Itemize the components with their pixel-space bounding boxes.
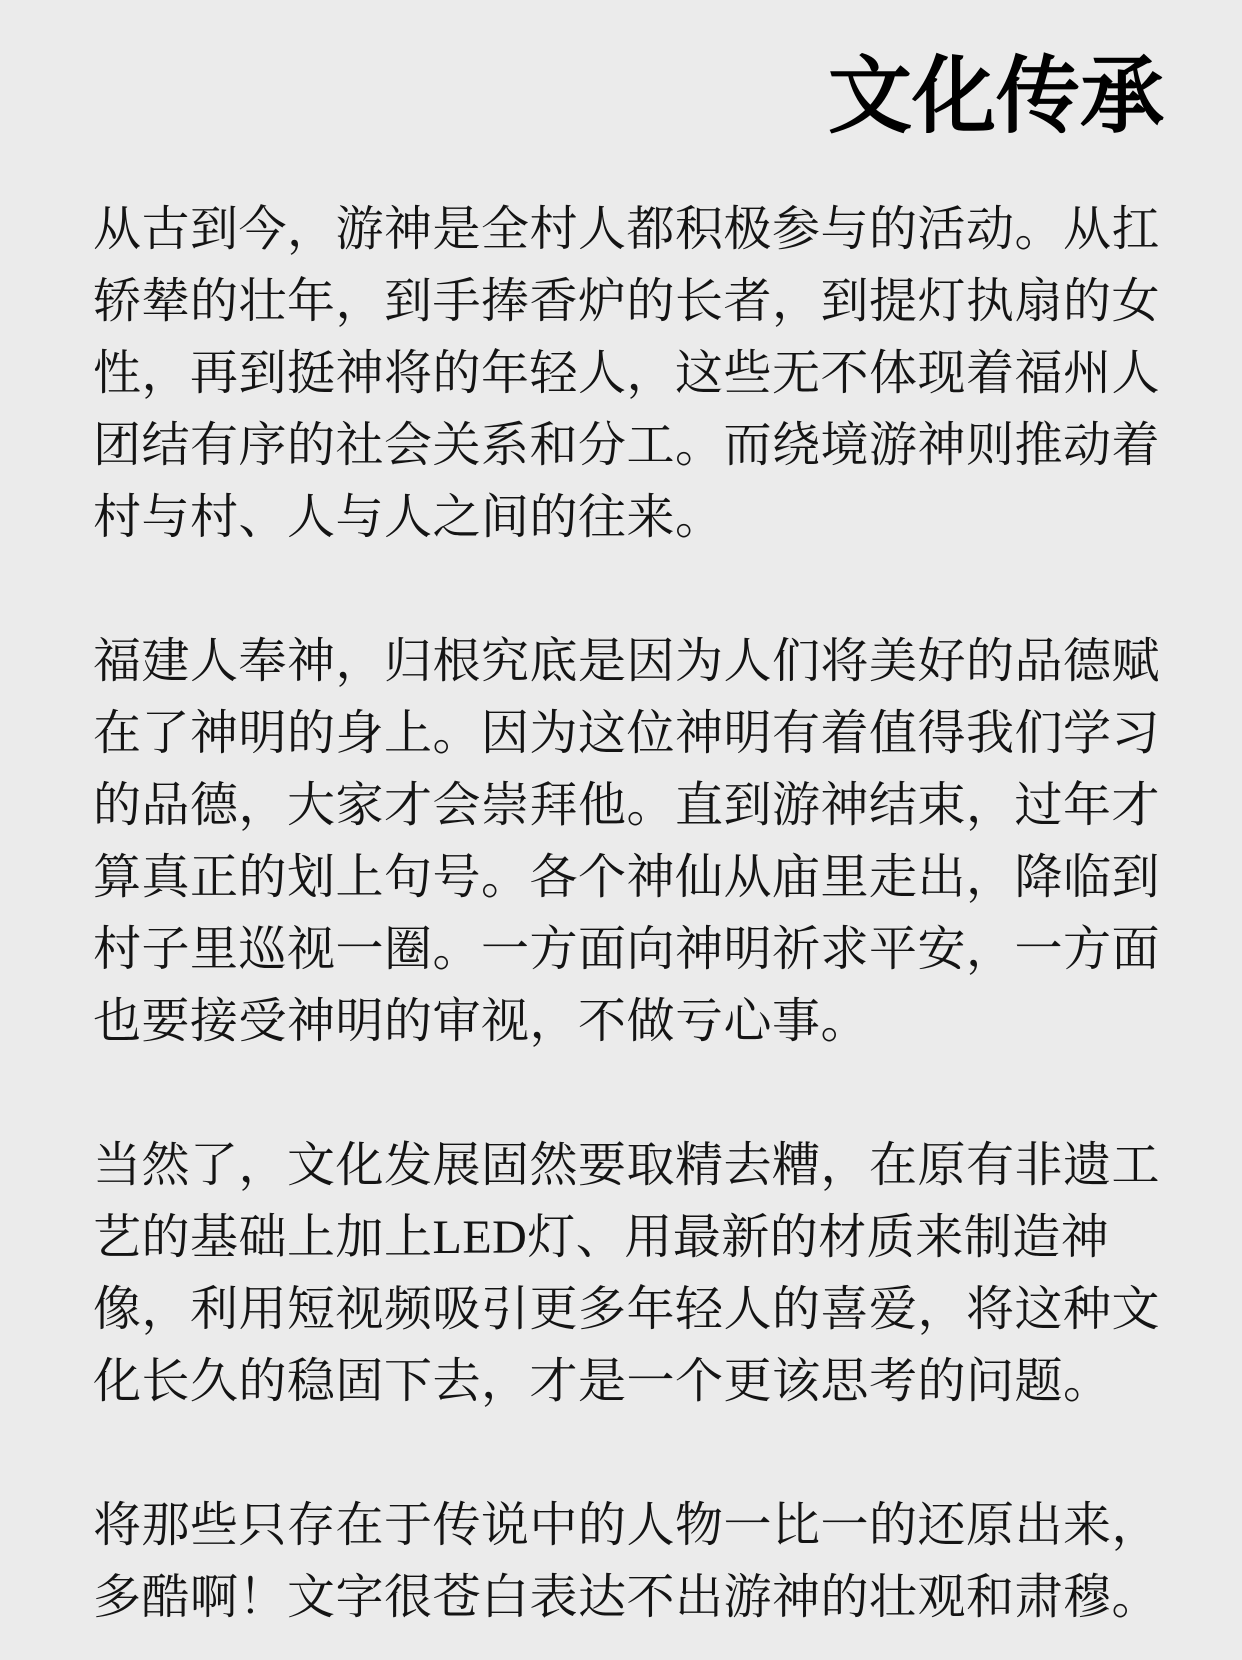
paragraph-line: 轿辇的壮年，到手捧香炉的长者，到提灯执扇的女 [93, 266, 1164, 338]
paragraph-2: 福建人奉神，归根究底是因为人们将美好的品德赋 在了神明的身上。因为这位神明有着值… [93, 626, 1164, 1058]
article-page: 文化传承 从古到今，游神是全村人都积极参与的活动。从扛 轿辇的壮年，到手捧香炉的… [0, 0, 1242, 1660]
paragraph-line: 艺的基础上加上LED灯、用最新的材质来制造神 [93, 1202, 1164, 1274]
paragraph-line: 将那些只存在于传说中的人物一比一的还原出来， [93, 1490, 1164, 1562]
paragraph-1: 从古到今，游神是全村人都积极参与的活动。从扛 轿辇的壮年，到手捧香炉的长者，到提… [93, 194, 1164, 554]
paragraph-line: 在了神明的身上。因为这位神明有着值得我们学习 [93, 698, 1164, 770]
paragraph-3: 当然了，文化发展固然要取精去糟，在原有非遗工 艺的基础上加上LED灯、用最新的材… [93, 1130, 1164, 1418]
paragraph-line: 像，利用短视频吸引更多年轻人的喜爱，将这种文 [93, 1274, 1164, 1346]
paragraph-line: 的品德，大家才会崇拜他。直到游神结束，过年才 [93, 770, 1164, 842]
paragraph-line: 村与村、人与人之间的往来。 [93, 482, 1164, 554]
paragraph-line: 从古到今，游神是全村人都积极参与的活动。从扛 [93, 194, 1164, 266]
paragraph-line: 算真正的划上句号。各个神仙从庙里走出，降临到 [93, 842, 1164, 914]
paragraph-line: 团结有序的社会关系和分工。而绕境游神则推动着 [93, 410, 1164, 482]
paragraph-line: 多酷啊！文字很苍白表达不出游神的壮观和肃穆。 [93, 1562, 1164, 1634]
paragraph-line: 性，再到挺神将的年轻人，这些无不体现着福州人 [93, 338, 1164, 410]
paragraph-line: 福建人奉神，归根究底是因为人们将美好的品德赋 [93, 626, 1164, 698]
page-title: 文化传承 [93, 48, 1164, 148]
paragraph-line: 村子里巡视一圈。一方面向神明祈求平安，一方面 [93, 914, 1164, 986]
paragraph-4: 将那些只存在于传说中的人物一比一的还原出来， 多酷啊！文字很苍白表达不出游神的壮… [93, 1490, 1164, 1634]
paragraph-line: 也要接受神明的审视，不做亏心事。 [93, 986, 1164, 1058]
paragraph-line: 当然了，文化发展固然要取精去糟，在原有非遗工 [93, 1130, 1164, 1202]
paragraph-line: 化长久的稳固下去，才是一个更该思考的问题。 [93, 1346, 1164, 1418]
